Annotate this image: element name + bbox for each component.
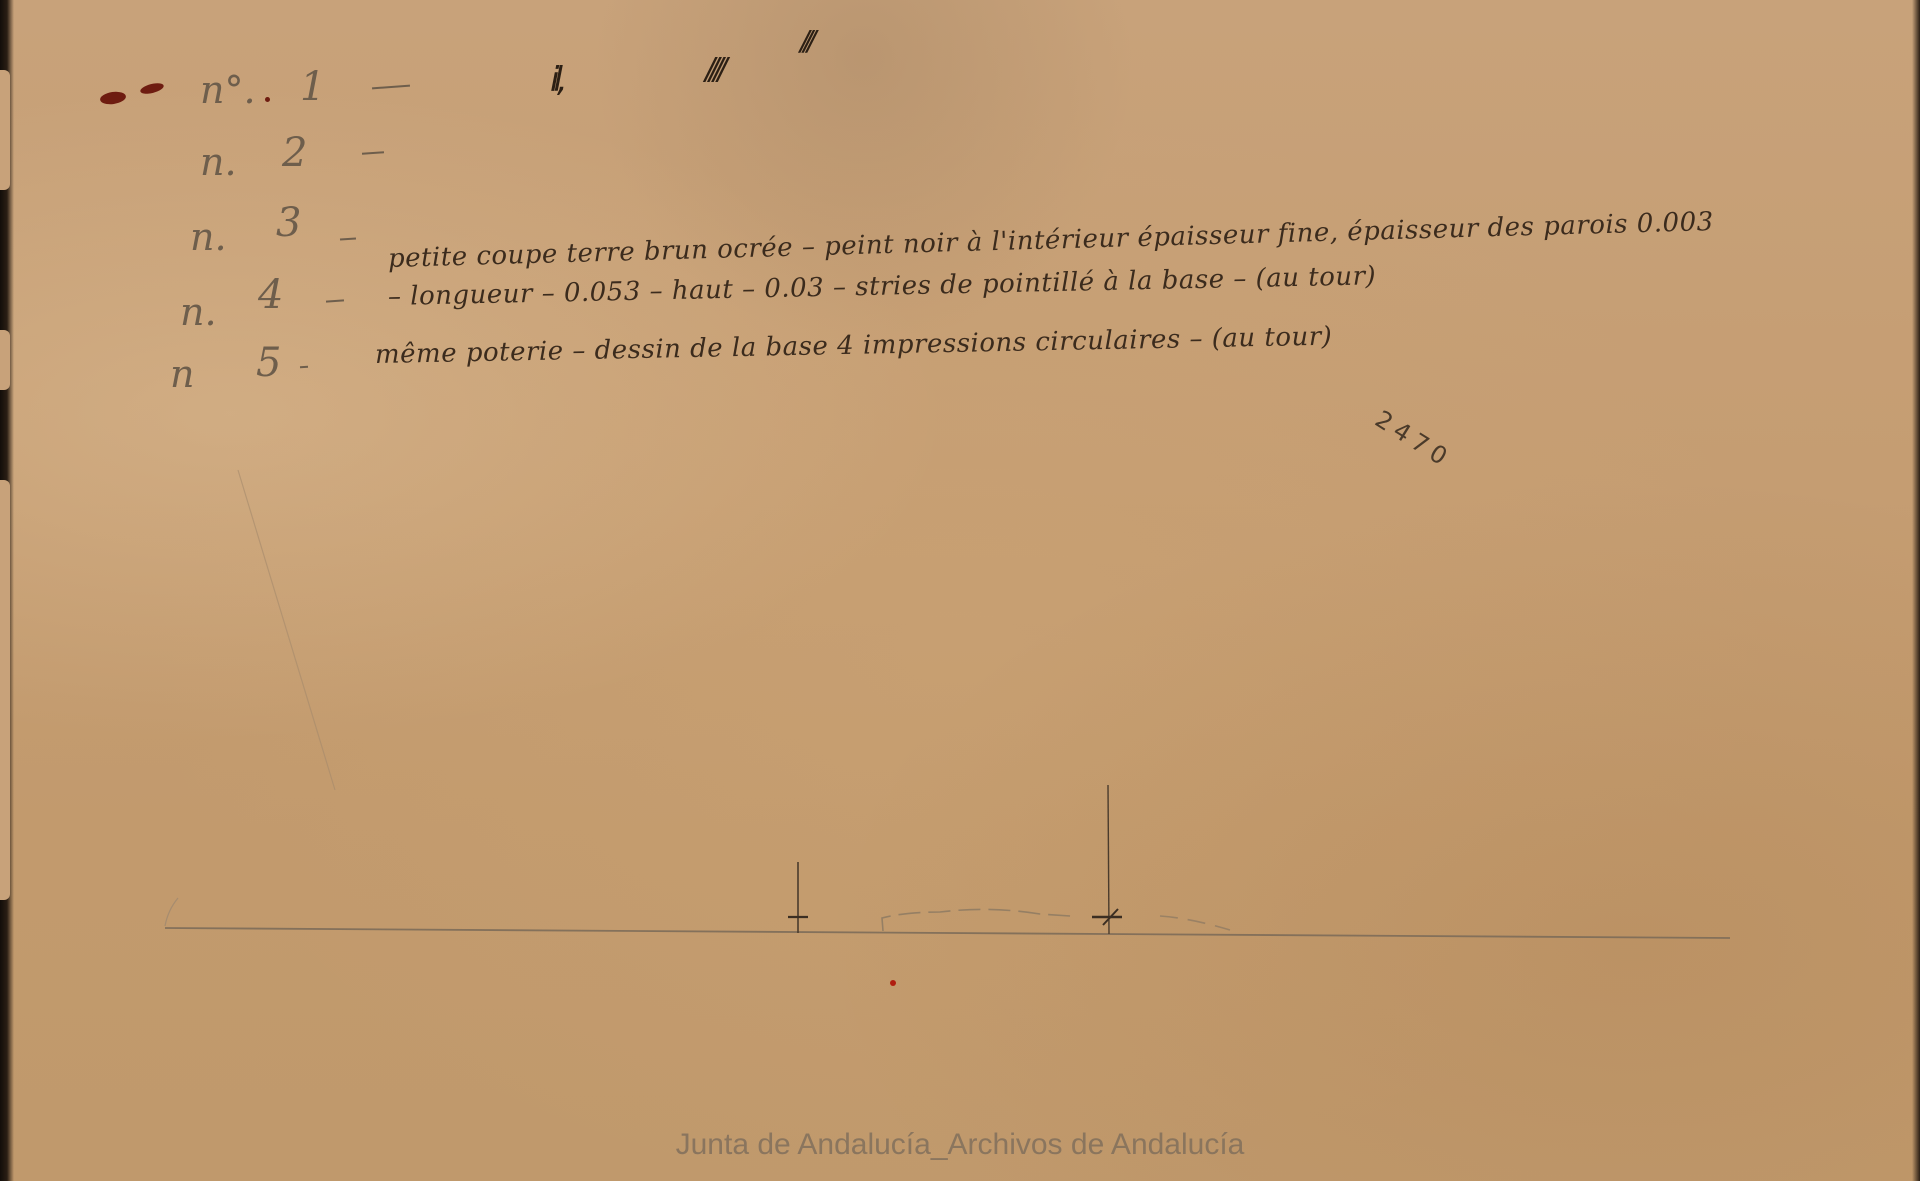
red-dot (265, 97, 270, 102)
entry-2-number: 2 (282, 130, 307, 176)
ink-tally-marks: /// (800, 24, 810, 57)
entry-1-prefix: n°. (200, 68, 256, 112)
entry-4-prefix: n. (180, 290, 217, 334)
red-ink-stain (99, 90, 126, 106)
ink-tally-marks: //// (705, 52, 721, 87)
entry-4-description-line1: petite coupe terre brun ocrée – peint no… (388, 207, 1715, 274)
entry-1-dash (372, 85, 410, 90)
archival-card-scan: il, //// /// n°. 1 n. 2 n. 3 n. 4 petite… (0, 0, 1920, 1181)
left-edge-tear (0, 70, 10, 190)
archive-watermark: Junta de Andalucía_Archivos de Andalucía (0, 1128, 1920, 1162)
entry-3-number: 3 (276, 200, 301, 246)
left-edge-tear (0, 480, 10, 900)
right-edge-shadow (1912, 0, 1920, 1181)
left-edge-tear (0, 330, 10, 390)
pencil-profile-sketch (0, 0, 1920, 1181)
red-ink-stain (139, 81, 164, 96)
entry-1-number: 1 (300, 64, 325, 110)
entry-3-prefix: n. (190, 215, 227, 259)
entry-5-description: même poterie – dessin de la base 4 impre… (375, 322, 1333, 370)
entry-5-dash (300, 366, 308, 369)
entry-4-dash (326, 299, 344, 302)
entry-5-number: 5 (256, 340, 281, 386)
entry-4-number: 4 (258, 272, 283, 318)
ink-tally-marks: il, (550, 60, 562, 100)
catalog-number: 2470 (1370, 405, 1457, 474)
entry-2-prefix: n. (200, 140, 237, 184)
entry-5-prefix: n (170, 352, 194, 396)
entry-3-dash (340, 237, 356, 240)
entry-2-dash (362, 151, 384, 155)
red-dot (890, 980, 896, 986)
